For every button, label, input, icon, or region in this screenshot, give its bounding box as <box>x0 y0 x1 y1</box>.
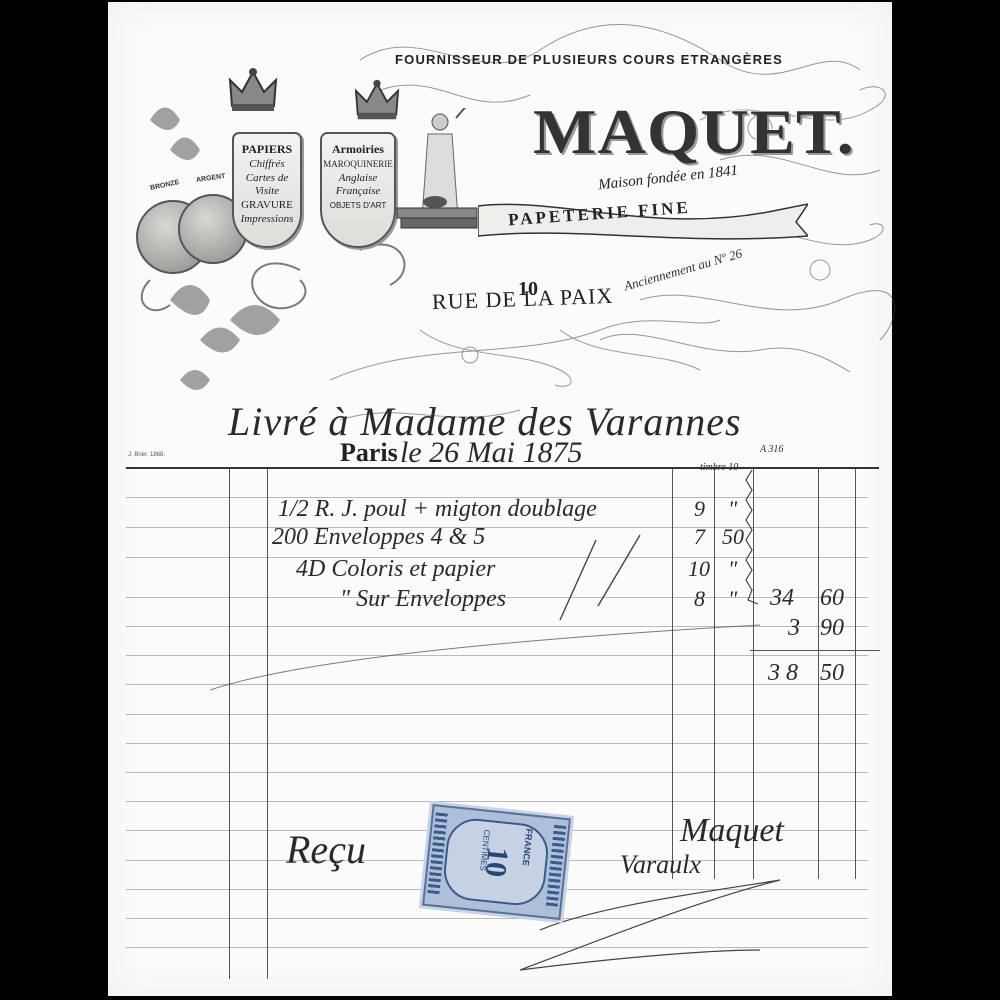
receipt-signature-text: Reçu <box>286 826 366 873</box>
revenue-stamp: 10 FRANCE CENTIMES <box>422 804 571 920</box>
line-item-centimes: " <box>728 556 737 582</box>
stamp-medallion: 10 <box>441 816 551 908</box>
ledger-rule <box>126 684 868 685</box>
shield-line: Chiffrés <box>249 158 284 170</box>
ledger-column-line <box>672 469 673 879</box>
invoice-reference: A 316 <box>760 444 783 455</box>
shield-line: Anglaise <box>339 172 378 184</box>
subtotal-francs: 34 <box>770 585 794 612</box>
crown-icon <box>226 66 280 114</box>
total-centimes: 50 <box>820 660 844 687</box>
printer-credit: J. Brier. 1868. <box>128 452 165 458</box>
line-item-francs: 9 <box>694 496 705 522</box>
ledger-rule <box>126 714 868 715</box>
extra-centimes: 90 <box>820 615 844 642</box>
shield-line: Cartes de Visite <box>246 172 288 198</box>
total-francs: 38 <box>768 660 804 687</box>
line-item-description: 1/2 R. J. poul + migton doublage <box>278 496 597 523</box>
ledger-rule <box>126 801 868 802</box>
supplier-line: FOURNISSEUR DE PLUSIEURS COURS ETRANGÈRE… <box>395 52 783 67</box>
ledger-rule <box>126 743 868 744</box>
line-item-centimes: " <box>728 496 737 522</box>
shield-armoiries: Armoiries MAROQUINERIE Anglaise Français… <box>320 132 396 248</box>
shield-line: Armoiries <box>332 142 384 156</box>
shield-line: PAPIERS <box>242 142 292 156</box>
ledger-column-line <box>818 469 819 879</box>
shield-line: OBJETS D'ART <box>330 201 387 210</box>
books-inkwell-icon <box>395 190 480 230</box>
line-item-francs: 10 <box>688 556 710 582</box>
ledger-rule <box>126 772 868 773</box>
brand-name: MAQUET. <box>533 100 855 164</box>
line-item-centimes: 50 <box>722 524 744 550</box>
line-item-centimes: " <box>728 586 737 612</box>
ledger-rule <box>126 626 868 627</box>
shield-papiers: PAPIERS Chiffrés Cartes de Visite GRAVUR… <box>232 132 302 248</box>
total-rule <box>750 650 880 651</box>
ledger-column-line <box>855 469 856 879</box>
crown-icon <box>352 78 402 122</box>
line-item-francs: 8 <box>694 586 705 612</box>
ledger-top-rule <box>126 467 879 469</box>
ledger-column-line <box>267 469 268 979</box>
shield-line: Française <box>336 185 381 197</box>
receipt-signature-name: Maquet <box>680 812 784 850</box>
ledger-rule <box>126 947 868 948</box>
line-item-description: " Sur Enveloppes <box>340 586 506 613</box>
line-item-francs: 7 <box>694 524 705 550</box>
line-item-description: 4D Coloris et papier <box>296 556 495 583</box>
ledger-rule <box>126 918 868 919</box>
line-item-description: 200 Enveloppes 4 & 5 <box>272 524 485 551</box>
ledger-rule <box>126 557 868 558</box>
subtotal-centimes: 60 <box>820 585 844 612</box>
shield-line: Impressions <box>241 213 294 225</box>
ledger-rule <box>126 527 868 528</box>
ledger-column-line <box>229 469 230 979</box>
receipt-signature-extra: Varaulx <box>620 850 701 880</box>
ledger-rule <box>126 655 868 656</box>
extra-francs: 3 <box>788 615 800 642</box>
invoice-date: le 26 Mai 1875 <box>400 436 582 470</box>
city: Paris <box>340 438 398 468</box>
shield-line: MAROQUINERIE <box>323 159 393 169</box>
shield-line: GRAVURE <box>241 199 293 211</box>
